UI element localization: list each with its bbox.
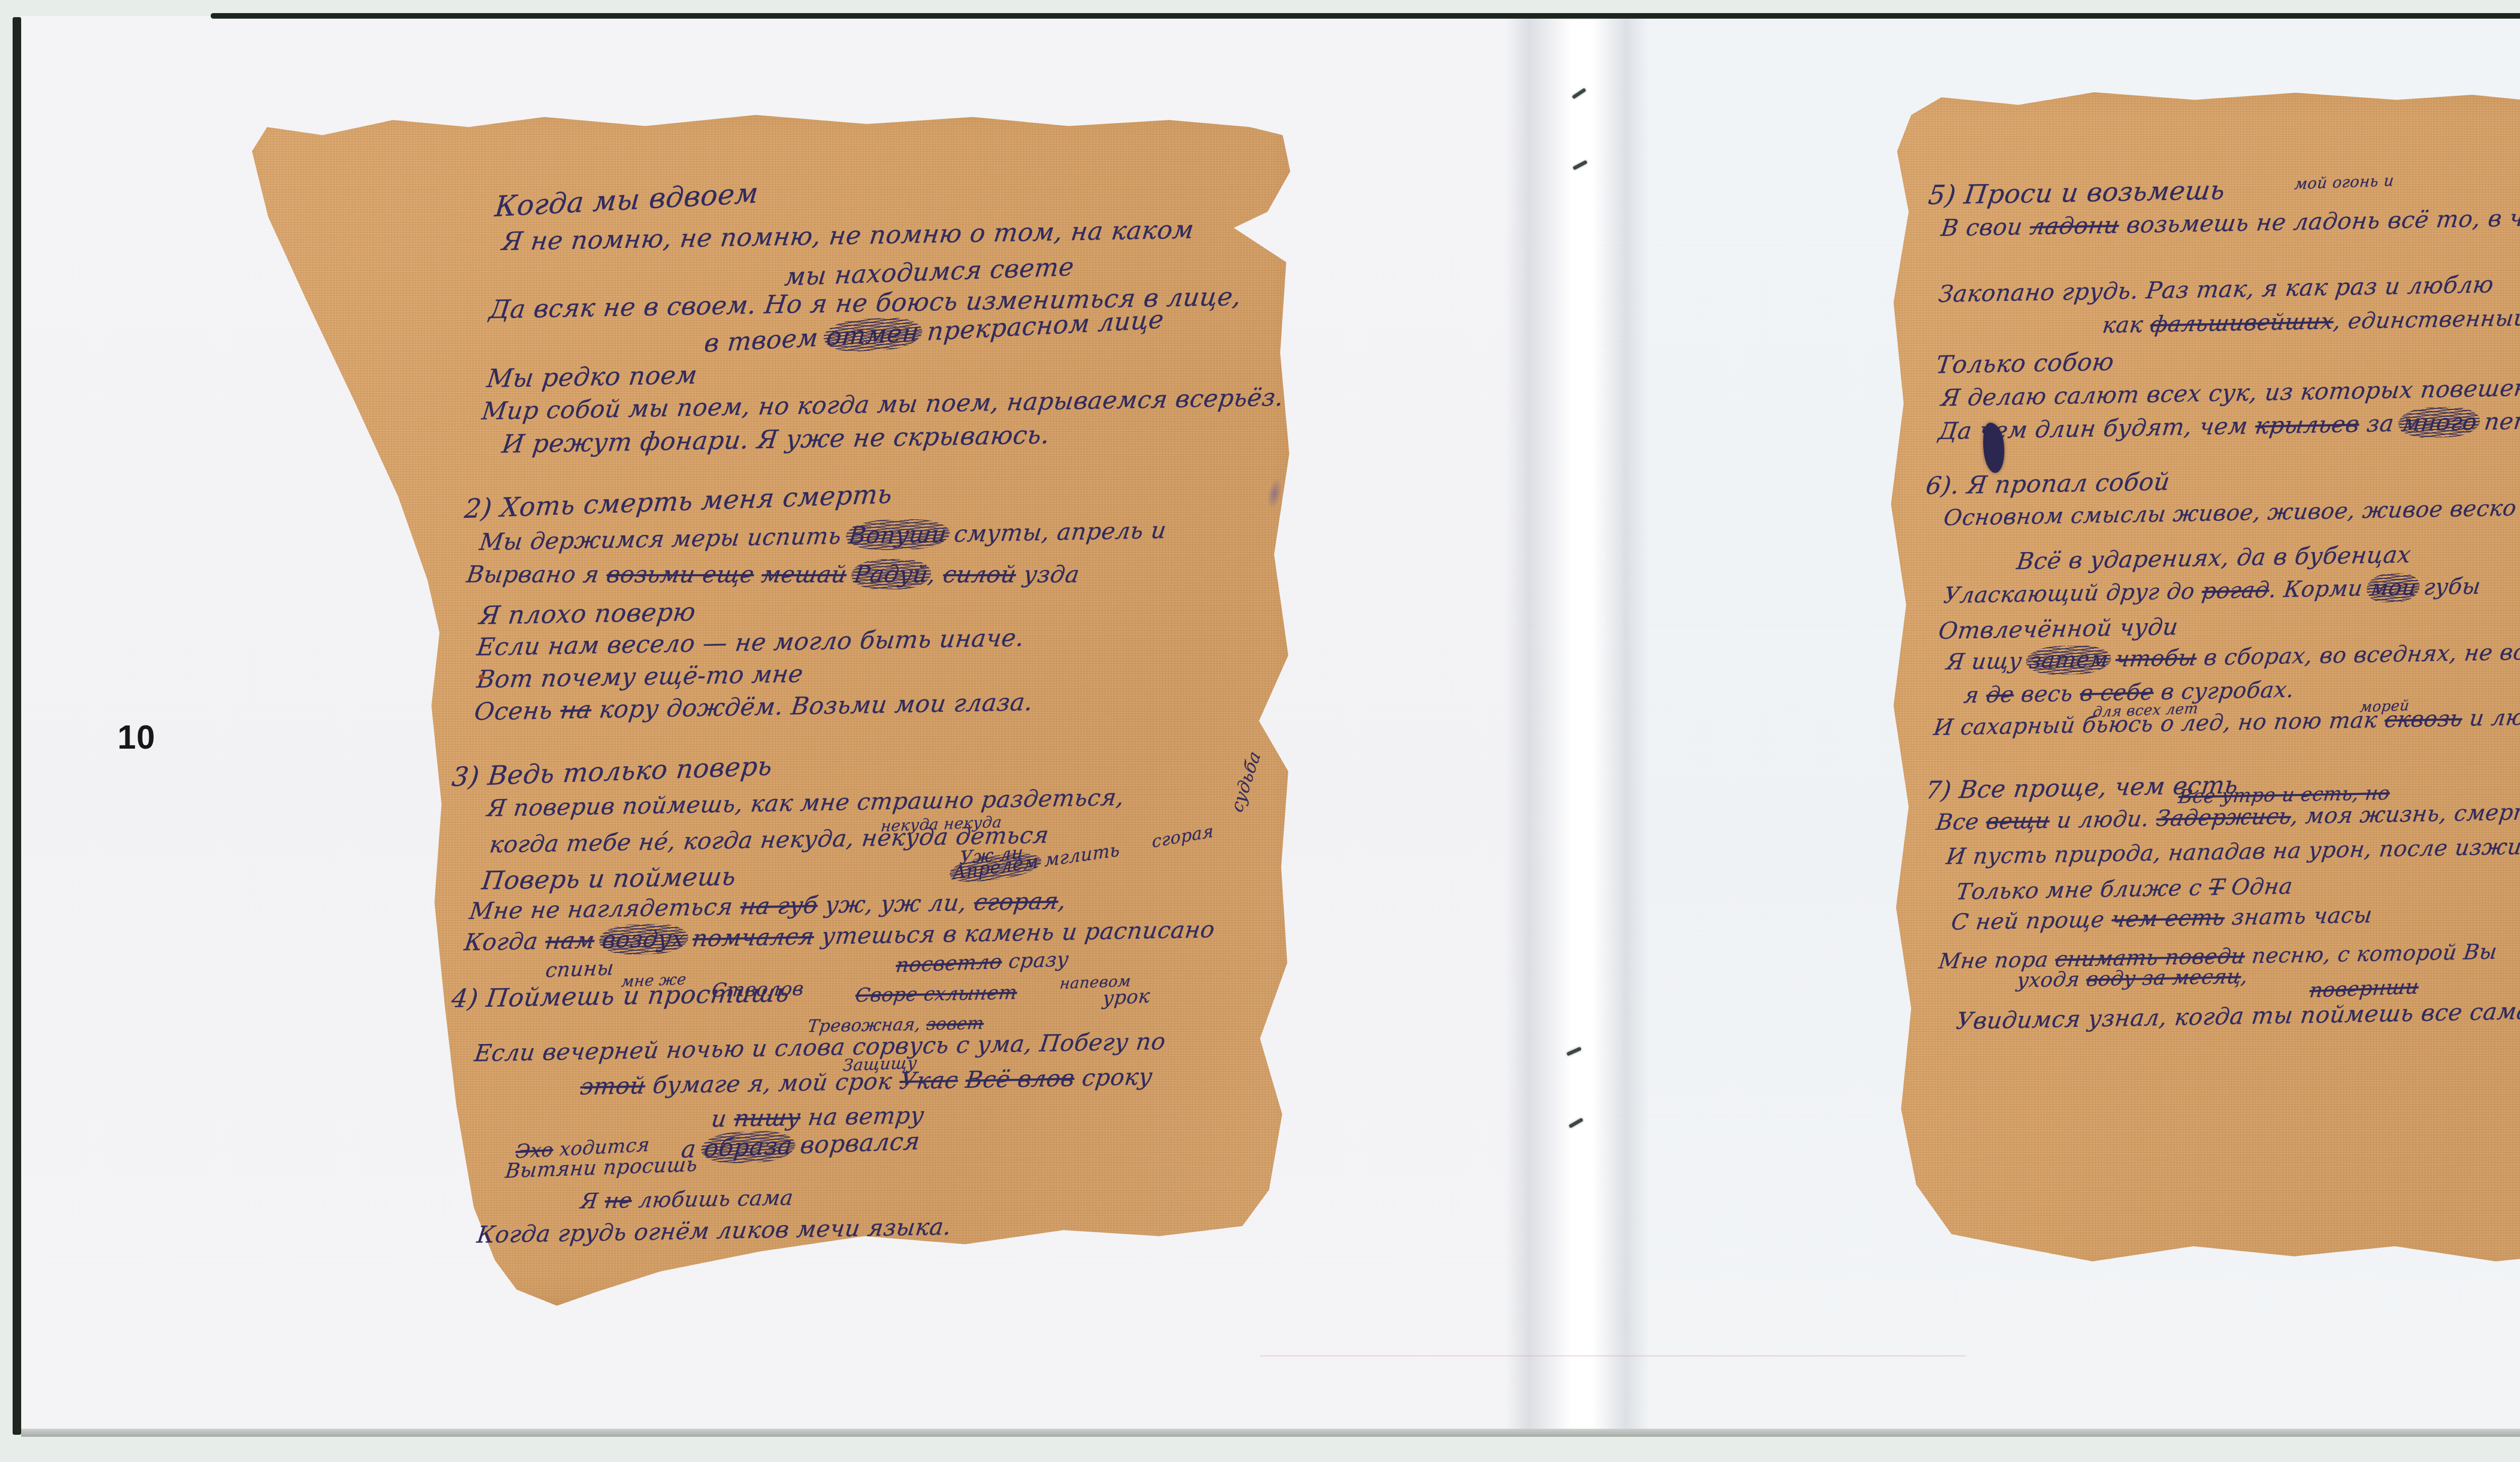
handwritten-segment-st: помчался [691, 923, 816, 952]
handwritten-line: Стволов [711, 978, 805, 1001]
handwritten-line: Своре схлынет [854, 981, 1019, 1006]
handwritten-line: Поверь и поймешь [480, 862, 738, 895]
handwritten-segment: Одна [2223, 873, 2294, 900]
handwritten-line: Я не любишь сама [579, 1185, 795, 1213]
handwritten-line: Да чем длин будят, чем крыльев за много … [1937, 406, 2520, 445]
handwritten-segment-st: Задержись [2155, 804, 2292, 832]
handwritten-segment: урок [1102, 985, 1151, 1009]
handwritten-line: Защищу [842, 1052, 918, 1075]
handwritten-segment: Осень [473, 696, 562, 726]
handwritten-line: Когда мы вдвоем [493, 177, 760, 224]
handwritten-line: посветло сразу [895, 948, 1070, 977]
handwritten-segment-sc: мои [2368, 575, 2418, 601]
handwritten-segment: Всё в ударениях, да в бубенцах [2015, 540, 2412, 575]
handwritten-segment: 2) Хоть смерть меня смерть [463, 479, 894, 524]
handwritten-line: Я ищу затем чтобы в сборах, во вседнях, … [1945, 638, 2520, 675]
handwritten-segment-st: воду за месяц [2085, 965, 2243, 991]
handwritten-segment: Когда [463, 927, 547, 956]
handwritten-line: Я делаю салют всех сук, из которых повеш… [1939, 374, 2520, 411]
handwritten-line: Мы редко поем [485, 360, 699, 393]
handwritten-segment: И режут фонари. Я уже не скрываюсь. [500, 420, 1051, 459]
handwritten-segment-st: сквозь [2383, 706, 2464, 733]
handwritten-segment-st: ладони [2029, 211, 2121, 240]
ink-dot [479, 675, 484, 680]
handwritten-line: повернши [2308, 975, 2420, 1002]
handwritten-segment-st: вещи [1985, 808, 2051, 834]
handwritten-segment-st: на [559, 696, 593, 724]
handwritten-segment: Если вечерней ночью и слова сорвусь с ум… [473, 1027, 1167, 1067]
handwritten-segment: в сборах, во вседнях, не вседрузь [2195, 638, 2520, 671]
handwritten-segment: Я ищу [1945, 648, 2031, 675]
handwritten-segment: Поверь и поймешь [480, 862, 738, 895]
handwritten-line: Я поверив поймешь, как мне страшно разде… [485, 783, 1125, 822]
handwritten-line: сгорая [1152, 821, 1214, 852]
handwritten-segment-st: де [1985, 682, 2015, 708]
handwritten-line: Только собою [1934, 348, 2116, 379]
handwritten-segment: узда [1014, 561, 1081, 588]
handwritten-segment-st: Всё влов [964, 1064, 1077, 1093]
handwritten-segment-st: не [603, 1188, 634, 1213]
handwritten-segment: ворвался [791, 1127, 921, 1160]
handwritten-line: И режут фонари. Я уже не скрываюсь. [500, 420, 1051, 459]
handwritten-line: Если нам весело — не могло быть иначе. [475, 624, 1026, 661]
handwritten-segment: Мы редко поем [485, 360, 699, 393]
handwritten-segment: Отвлечённой чуди [1937, 613, 2180, 644]
handwritten-segment: Если нам весело — не могло быть иначе. [475, 624, 1026, 661]
handwritten-segment-st: повернши [2308, 975, 2420, 1002]
handwritten-line: 2) Хоть смерть меня смерть [463, 479, 894, 524]
handwritten-segment: песню, с которой Вы [2243, 939, 2498, 968]
handwritten-segment-st: чтобы [2114, 645, 2198, 672]
handwritten-line: 5) Проси и возьмешь [1927, 175, 2227, 211]
handwritten-segment: Я делаю салют всех сук, из которых повеш… [1939, 374, 2520, 411]
handwritten-segment: весь [2012, 681, 2082, 707]
handwritten-line: Я плохо поверю [478, 597, 698, 631]
handwritten-segment: , единственный резкий плес [2332, 302, 2520, 334]
handwritten-line: Осень на кору дождём. Возьми мои глаза. [473, 688, 1035, 726]
handwritten-segment: сроку [1073, 1063, 1154, 1091]
handwritten-segment: Вырвано я [465, 561, 608, 588]
handwritten-segment: . Корми [2267, 575, 2371, 603]
handwritten-line: 3) Ведь только поверь [451, 751, 774, 793]
handwritten-segment: возьмешь не ладонь всё то, в чем я давно [2117, 202, 2520, 238]
handwritten-segment: Я плохо поверю [478, 597, 698, 631]
handwritten-segment: Уласкающий друг до [1942, 578, 2204, 608]
handwritten-segment: и люди. [2461, 704, 2520, 732]
handwritten-segment: сгорая [1152, 821, 1214, 852]
handwritten-segment-st: мешай [760, 561, 849, 588]
handwritten-segment: и [710, 1105, 736, 1132]
handwritten-segment: Мы держимся меры испить [478, 522, 850, 556]
handwritten-segment: Вот почему ещё-то мне [475, 660, 805, 694]
handwritten-segment: как [2101, 312, 2152, 338]
handwritten-segment: уходя [2015, 968, 2088, 993]
handwritten-segment-sc: образа [703, 1131, 794, 1163]
handwritten-segment-sc: Радуй [852, 561, 930, 588]
handwritten-line: урок [1102, 985, 1151, 1009]
handwritten-line: Если вечерней ночью и слова сорвусь с ум… [473, 1027, 1167, 1067]
handwritten-line: С ней проще чем есть знать часы [1950, 902, 2374, 935]
handwritten-segment: , моя жизнь, смертью [2290, 799, 2520, 829]
handwritten-line: мне же [620, 968, 687, 991]
handwritten-segment: сразу [1001, 948, 1070, 973]
handwritten-segment-st: этой [579, 1072, 647, 1100]
handwritten-segment-st: сгорая [973, 887, 1060, 916]
handwritten-segment-sup: мой огонь и [2294, 172, 2395, 193]
handwritten-line: уходя воду за месяц, [2015, 965, 2249, 992]
handwritten-line: Мы держимся меры испить Вопуши смуты, ап… [478, 516, 1168, 556]
handwritten-line: Вот почему ещё-то мне [475, 660, 805, 694]
handwritten-segment: С ней проще [1950, 906, 2113, 935]
handwritten-segment-sup: Защищу [842, 1053, 918, 1075]
handwritten-segment: Увидимся узнал, когда ты поймешь все сам… [1955, 997, 2520, 1034]
handwritten-segment-sc: отмен [825, 318, 920, 352]
handwritten-segment-st: нам [544, 926, 596, 954]
handwritten-segment: Мне не наглядеться [468, 893, 742, 925]
handwritten-segment: я [1963, 682, 1988, 708]
handwritten-segment: Все [1935, 809, 1988, 835]
handwritten-segment-st: посветло [895, 950, 1003, 978]
handwritten-segment: судьба [1227, 748, 1265, 816]
handwritten-segment: на ветру [799, 1102, 926, 1131]
handwritten-segment: 5) Проси и возьмешь [1927, 175, 2227, 211]
handwritten-segment: уж, уж ли, [816, 889, 976, 919]
page-number-left: 10 [117, 718, 155, 756]
handwritten-line: И пусть природа, нападав на урон, после … [1945, 833, 2520, 870]
handwritten-line: Уласкающий друг до рогад. Корми мои губы [1942, 573, 2482, 608]
handwritten-segment: мглить [1039, 839, 1120, 872]
handwritten-segment: за [2358, 409, 2403, 438]
handwritten-segment: Когда грудь огнём ликов мечи языка. [475, 1213, 953, 1249]
handwritten-segment-sup: мне же [620, 971, 687, 991]
handwritten-line: а образа ворвался [680, 1127, 921, 1164]
handwritten-segment: утешься в камень и расписано [812, 916, 1217, 950]
handwritten-segment-sc: затем [2028, 646, 2110, 674]
handwritten-segment-sc: воздух [601, 925, 687, 953]
handwritten-segment-sc: Вопуши [847, 520, 949, 550]
handwritten-segment: Я не помню, не помню, не помню о том, на… [500, 215, 1196, 256]
handwritten-segment-st: силой [941, 561, 1018, 588]
handwritten-segment: В свои [1939, 213, 2032, 241]
handwritten-line: Я не помню, не помню, не помню о том, на… [500, 215, 1196, 256]
handwritten-line: Увидимся узнал, когда ты поймешь все сам… [1955, 997, 2520, 1034]
handwritten-line: мой огонь и [2294, 170, 2395, 194]
handwritten-segment: Стволов [711, 978, 805, 1001]
handwritten-line: спины [544, 956, 615, 982]
handwritten-line: Всё в ударениях, да в бубенцах [2015, 540, 2412, 575]
scanned-booklet-spread: Когда мы вдвоемЯ не помню, не помню, не … [0, 0, 2520, 1462]
handwritten-segment: И сахарный бьюсь о лед, но пою так [1932, 707, 2386, 741]
handwritten-line: Вырвано я возьми еще мешай Радуй, силой … [465, 561, 1081, 588]
handwritten-line: Только мне ближе с Т Одна [1955, 873, 2294, 905]
handwritten-line: Закопано грудь. Раз так, я как раз и люб… [1937, 271, 2495, 308]
handwritten-segment-sc: много [2400, 408, 2479, 437]
paper-stain [1265, 477, 1284, 510]
handwriting-layer: Когда мы вдвоемЯ не помню, не помню, не … [0, 0, 2520, 1462]
handwritten-line: И сахарный бьюсь о лед, но пою так сквоз… [1932, 704, 2520, 741]
handwritten-segment-st: Своре схлынет [854, 981, 1019, 1006]
handwritten-segment: губы [2415, 573, 2482, 600]
handwritten-segment-st: на губ [739, 891, 820, 920]
handwritten-segment: кору дождём. Возьми мои глаза. [590, 688, 1035, 724]
handwritten-line: 6). Я пропал собой [1924, 468, 2171, 501]
handwritten-line: Все вещи и люди. Задержись, моя жизнь, с… [1935, 799, 2520, 835]
handwritten-segment: И пусть природа, нападав на урон, после … [1945, 833, 2520, 870]
handwritten-segment: Только собою [1934, 348, 2116, 379]
handwritten-segment: и люди. [2048, 806, 2158, 833]
handwritten-segment: Только мне ближе с [1955, 875, 2211, 905]
handwritten-segment: Закопано грудь. Раз так, я как раз и люб… [1937, 271, 2495, 308]
handwritten-segment: в твоем [703, 322, 828, 358]
handwritten-segment: смуты, апрель и [945, 516, 1168, 547]
handwritten-segment: любишь сама [631, 1185, 795, 1213]
handwritten-line: судьба [1227, 748, 1265, 816]
handwritten-line: Основном смыслы живое, живое, живое веск… [1942, 494, 2520, 531]
handwritten-line: Когда грудь огнём ликов мечи языка. [475, 1213, 953, 1249]
handwritten-line: как фальшивейших, единственный резкий пл… [2101, 302, 2520, 338]
handwritten-segment-st: крыльев [2254, 410, 2361, 439]
handwritten-segment-st: пишу [733, 1104, 802, 1132]
handwritten-segment: 3) Ведь только поверь [451, 751, 774, 793]
handwritten-segment: Основном смыслы живое, живое, живое веск… [1942, 494, 2520, 531]
handwritten-segment: Когда мы вдвоем [493, 177, 760, 224]
handwritten-segment: спины [544, 956, 615, 982]
handwritten-segment-st: чем есть [2110, 905, 2226, 933]
handwritten-segment-st: рогад [2200, 577, 2271, 604]
handwritten-segment: Я [579, 1188, 606, 1213]
handwritten-segment-st: фальшивейших [2149, 309, 2335, 337]
handwritten-segment: 6). Я пропал собой [1924, 468, 2171, 501]
handwritten-line: Отвлечённой чуди [1937, 613, 2180, 644]
handwritten-segment: Я поверив поймешь, как мне страшно разде… [485, 783, 1125, 822]
handwritten-segment: петля. [2475, 406, 2520, 435]
handwritten-segment-st: возьми еще [605, 561, 756, 588]
handwritten-segment: знать часы [2223, 902, 2374, 930]
